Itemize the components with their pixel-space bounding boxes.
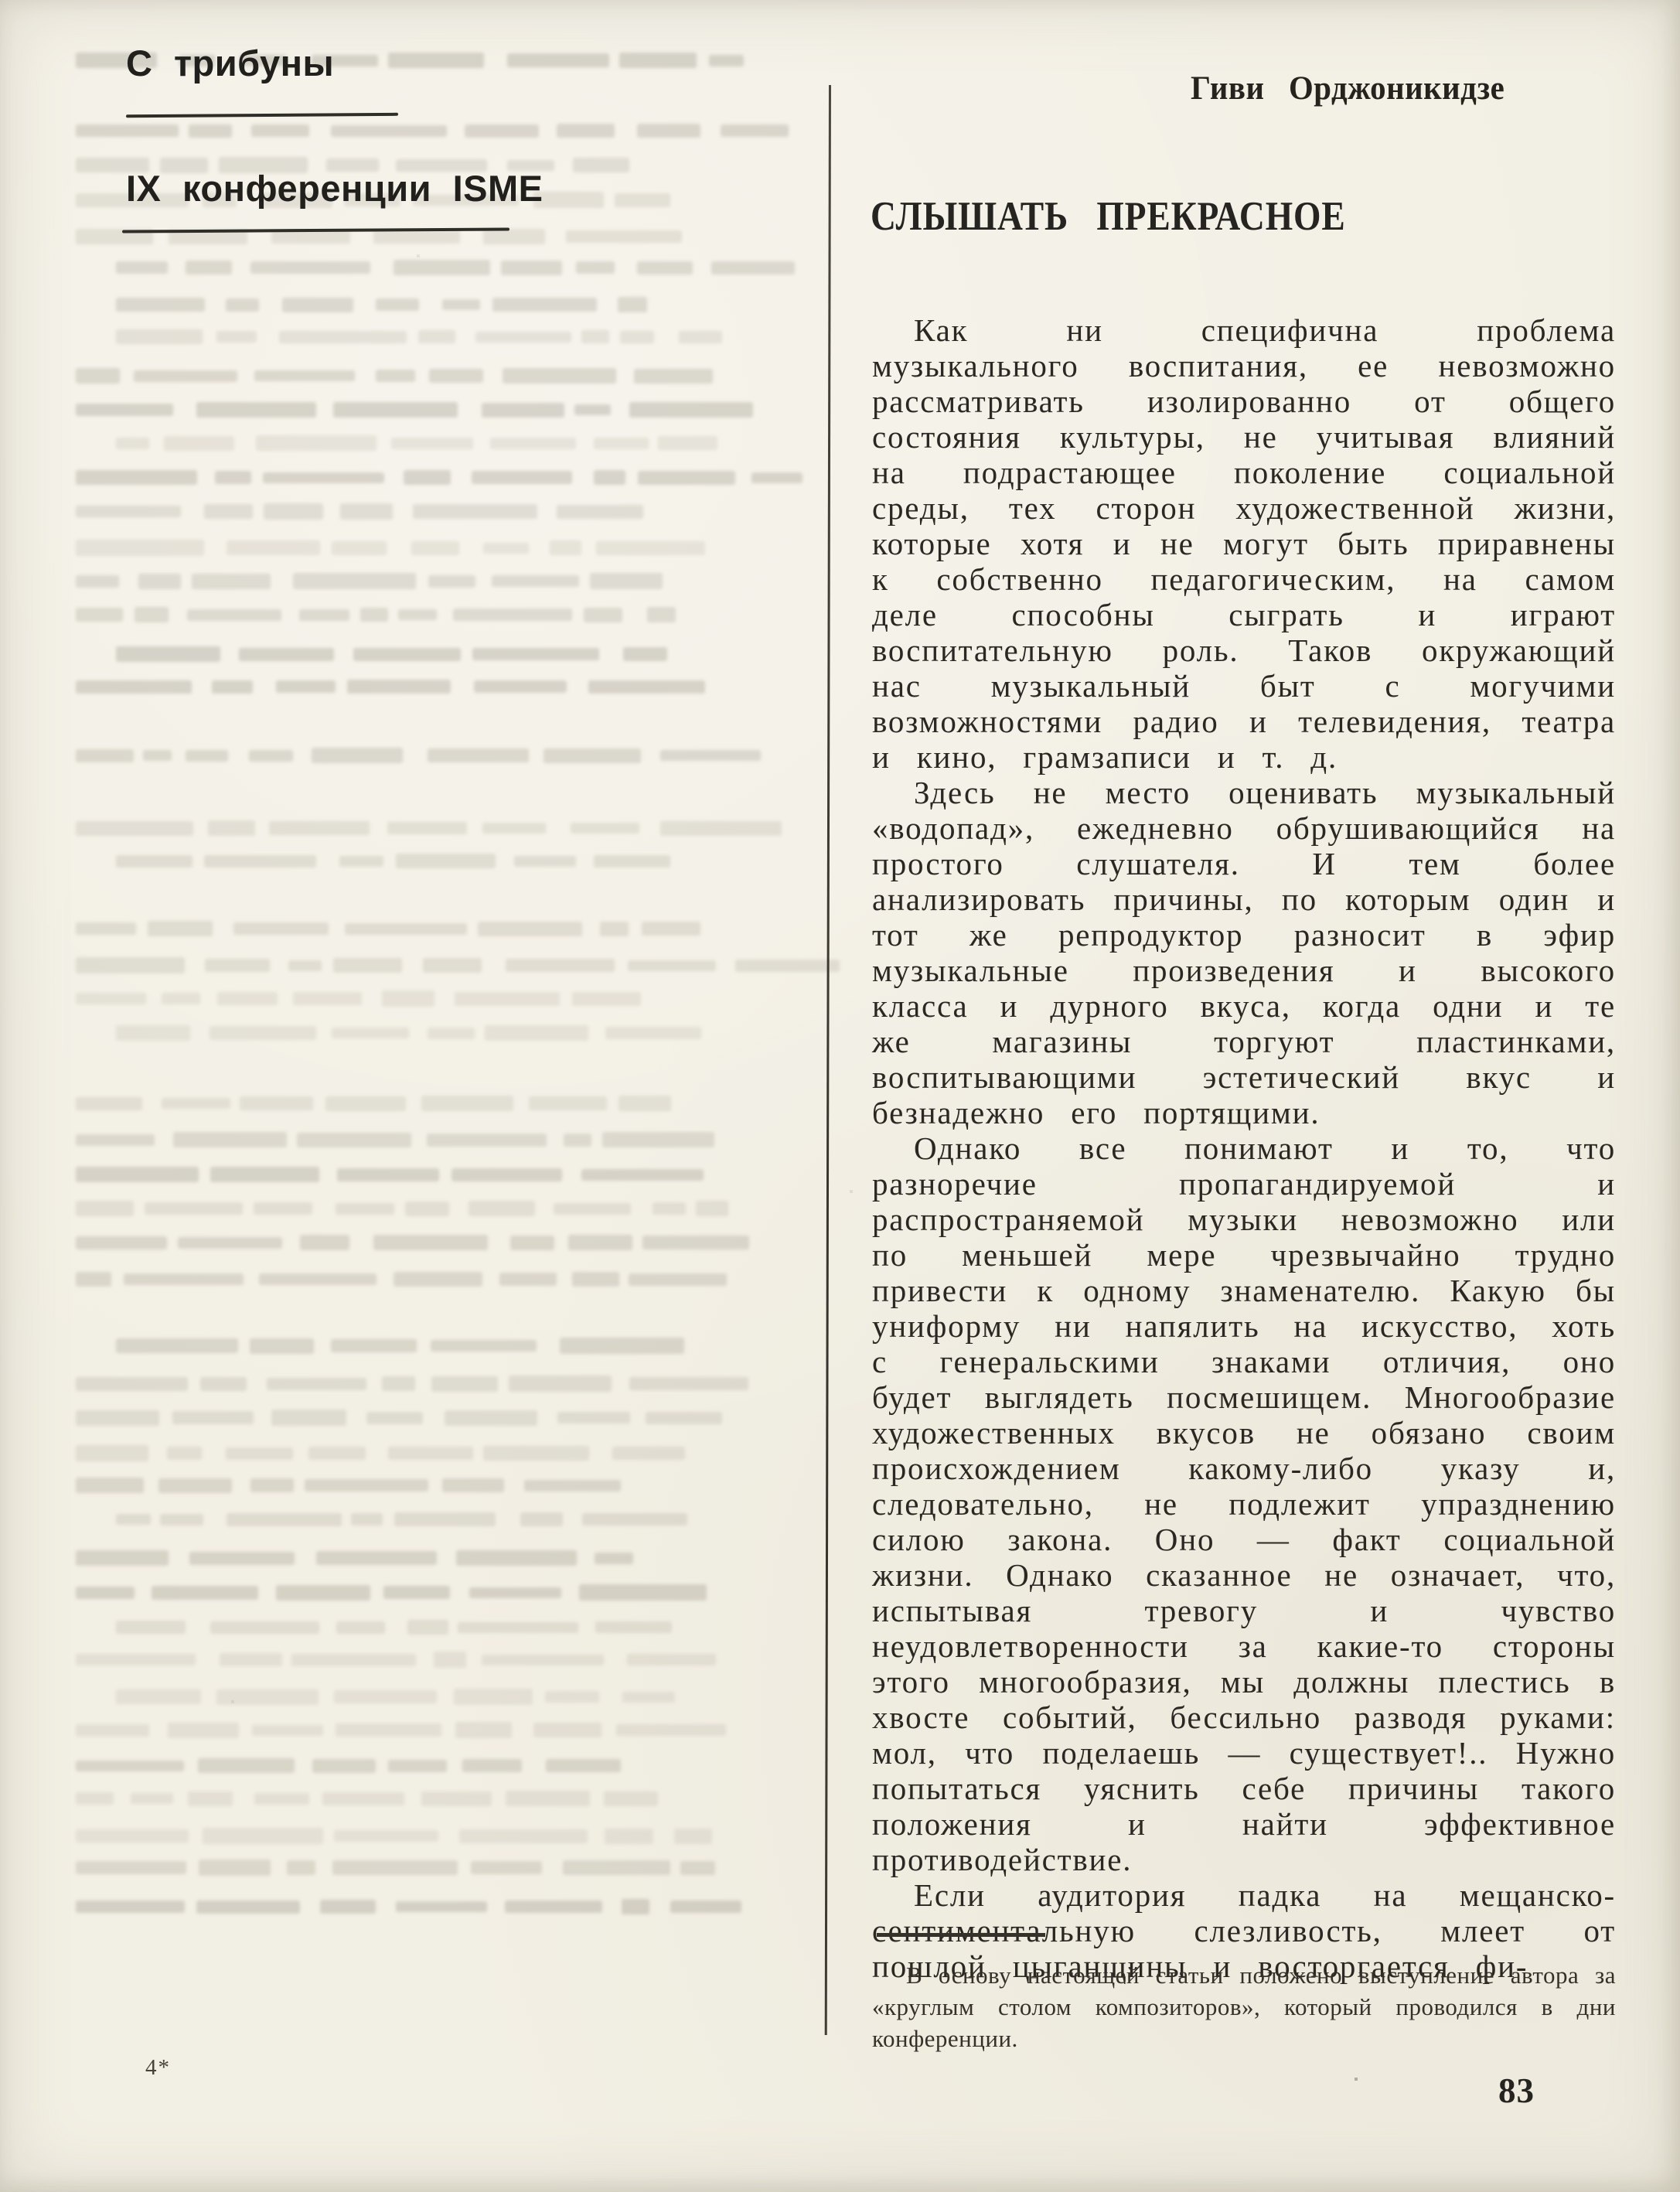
page-number: 83 [1498,2071,1535,2111]
author-byline: Гиви Орджоникидзе [1191,70,1505,107]
scanned-journal-page: С трибуны IX конференции ISME Гиви Орджо… [0,0,1680,2192]
ink-layer: С трибуны IX конференции ISME Гиви Орджо… [0,0,1680,2192]
footnote: В основу настоящей статьи положено высту… [872,1959,1616,2054]
paragraph: Однако все понимают и то, что разноречие… [872,1130,1616,1877]
section-kicker-line2: IX конференции ISME [126,167,544,210]
footnote-rule [877,1933,1045,1937]
paragraph: Как ни специфична проблема музыкального … [872,312,1616,775]
section-kicker-line1: С трибуны [126,42,334,84]
kicker-underline-2 [122,227,509,233]
article-title: СЛЫШАТЬ ПРЕКРАСНОЕ [871,193,1346,240]
article-body: Как ни специфична проблема музыкального … [872,312,1616,1984]
signature-mark: 4* [145,2055,171,2081]
kicker-underline-1 [126,113,398,118]
paragraph: Здесь не место оценивать музыкальный «во… [872,775,1616,1130]
column-divider-rule [825,85,831,2035]
